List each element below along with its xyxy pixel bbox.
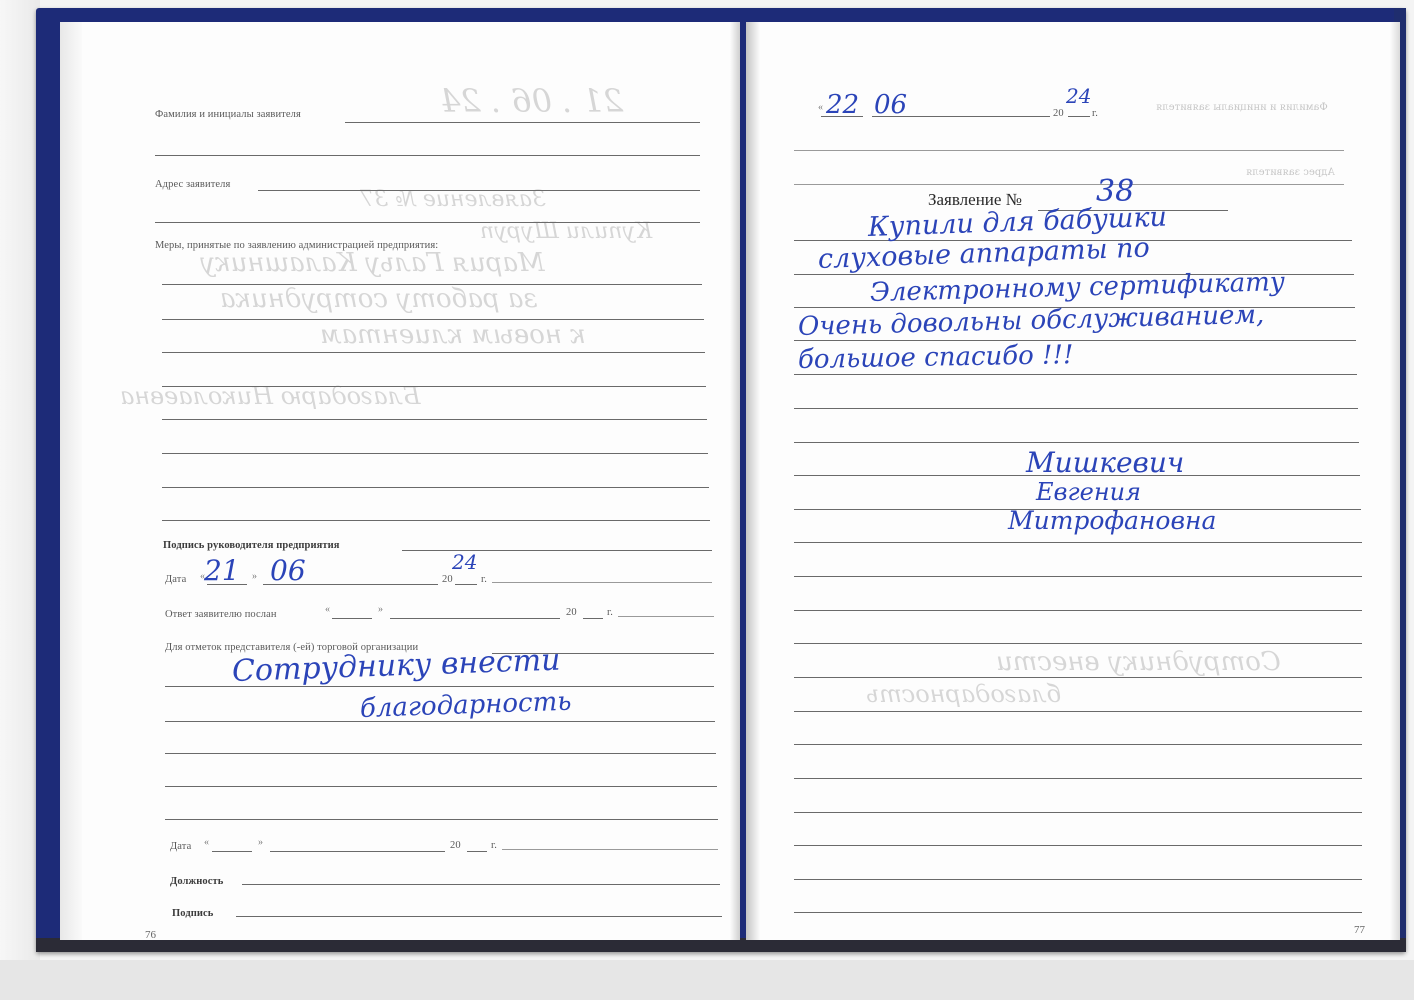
signature-label: Подпись [172,908,213,919]
left-page: 21 . 06 . 24 Заявление № 37 Купили Шуруп… [60,22,740,940]
applicant-address-line[interactable] [258,190,700,191]
measures-line-8[interactable] [162,520,710,521]
page-number-left: 76 [145,929,156,940]
reply-year-line[interactable] [583,618,603,619]
statement-line-11[interactable] [794,576,1362,577]
position-line[interactable] [242,884,720,885]
handwritten-representative-note-2: благодарность [359,687,571,724]
scan-background-bottom [0,960,1414,1000]
applicant-name-line[interactable] [345,122,700,123]
reply-sent-label: Ответ заявителю послан [165,609,277,620]
handwritten-date-day-right: 22 [826,90,859,120]
reply-month-line[interactable] [390,618,560,619]
handwritten-date-month: 06 [270,554,306,587]
ghost-note-2: благодарность [866,680,1061,708]
ghost-label-name: Фамилия и инициалы заявителя [1156,102,1328,113]
date2-month-line[interactable] [270,851,445,852]
handwritten-signature-name: Евгения [1036,478,1141,506]
measures-label: Меры, принятые по заявлению администраци… [155,240,438,251]
manager-signature-line[interactable] [402,550,712,551]
date-year-line-right[interactable] [1068,116,1090,117]
reply-day-line[interactable] [332,618,372,619]
representative-line-5[interactable] [165,819,718,820]
date-year-line[interactable] [455,584,477,585]
handwritten-date-month-right: 06 [874,90,907,120]
statement-line-19[interactable] [794,845,1362,846]
statement-line-12[interactable] [794,610,1362,611]
date2-year-prefix: 20 [450,840,461,851]
ghost-date: 21 . 06 . 24 [440,82,623,120]
date2-day-line[interactable] [212,851,252,852]
statement-line-4[interactable] [794,340,1356,341]
statement-line-13[interactable] [794,643,1362,644]
date2-trailing-line [502,849,718,850]
quote-open-right: « [818,102,823,113]
representative-line-4[interactable] [165,786,717,787]
statement-line-5[interactable] [794,374,1357,375]
right-rule-2 [794,184,1344,185]
date2-label: Дата [170,841,191,852]
quote-close-2: » [378,604,383,615]
statement-line-17[interactable] [794,778,1362,779]
date-trailing-line [492,582,712,583]
reply-year-suffix: г. [607,607,613,618]
measures-line-7[interactable] [162,487,709,488]
handwritten-date-year: 24 [452,550,477,574]
scan-background [0,0,40,1000]
ghost-label-address: Адрес заявителя [1246,167,1335,178]
date-label: Дата [165,574,186,585]
position-label: Должность [170,876,223,887]
statement-line-10[interactable] [794,542,1362,543]
right-page: Фамилия и инициалы заявителя Адрес заяви… [746,22,1400,940]
quote-open-3: « [204,837,209,848]
ghost-note-1: Сотруднику внести [996,647,1281,677]
statement-line-21[interactable] [794,912,1362,913]
right-rule-1 [794,150,1344,151]
date2-year-suffix: г. [491,840,497,851]
ghost-line-3: за работу сотрудника [220,284,538,314]
statement-line-6[interactable] [794,408,1358,409]
cover-bottom-edge [36,938,1406,952]
statement-line-7[interactable] [794,442,1359,443]
quote-open-2: « [325,604,330,615]
ghost-line-2: Мария Гальу Калашнику [200,248,545,278]
handwritten-signature-patronymic: Митрофановна [1008,506,1216,535]
quote-close: » [252,571,257,582]
applicant-address-label: Адрес заявителя [155,179,230,190]
applicant-name-line-2[interactable] [155,155,700,156]
handwritten-statement-line-5: большое спасибо !!! [798,340,1074,375]
ghost-line-4: к новым клиентам [320,320,586,350]
handwritten-statement-line-2: слуховые аппараты по [817,232,1150,275]
reply-trailing-line [618,616,714,617]
quote-close-3: » [258,837,263,848]
reply-year-prefix: 20 [566,607,577,618]
representative-line-3[interactable] [165,753,716,754]
applicant-name-label: Фамилия и инициалы заявителя [155,109,301,120]
date-year-prefix-right: 20 [1053,108,1064,119]
measures-line-3[interactable] [162,352,705,353]
statement-line-15[interactable] [794,711,1362,712]
handwritten-date-day: 21 [204,554,240,587]
statement-line-18[interactable] [794,812,1362,813]
page-number-right: 77 [1354,924,1365,936]
measures-line-4[interactable] [162,386,706,387]
measures-line-2[interactable] [162,319,704,320]
date2-year-line[interactable] [467,851,487,852]
measures-line-1[interactable] [162,284,702,285]
date-year-suffix-right: г. [1092,108,1098,119]
handwritten-signature-surname: Мишкевич [1026,446,1184,479]
statement-line-20[interactable] [794,879,1362,880]
statement-line-14[interactable] [794,677,1362,678]
signature-line[interactable] [236,916,722,917]
date-year-suffix: г. [481,574,487,585]
handwritten-date-year-right: 24 [1066,84,1091,108]
applicant-address-line-2[interactable] [155,222,700,223]
measures-line-5[interactable] [162,419,707,420]
measures-line-6[interactable] [162,453,708,454]
manager-signature-label: Подпись руководителя предприятия [163,540,340,551]
statement-line-16[interactable] [794,744,1362,745]
date-year-prefix: 20 [442,574,453,585]
